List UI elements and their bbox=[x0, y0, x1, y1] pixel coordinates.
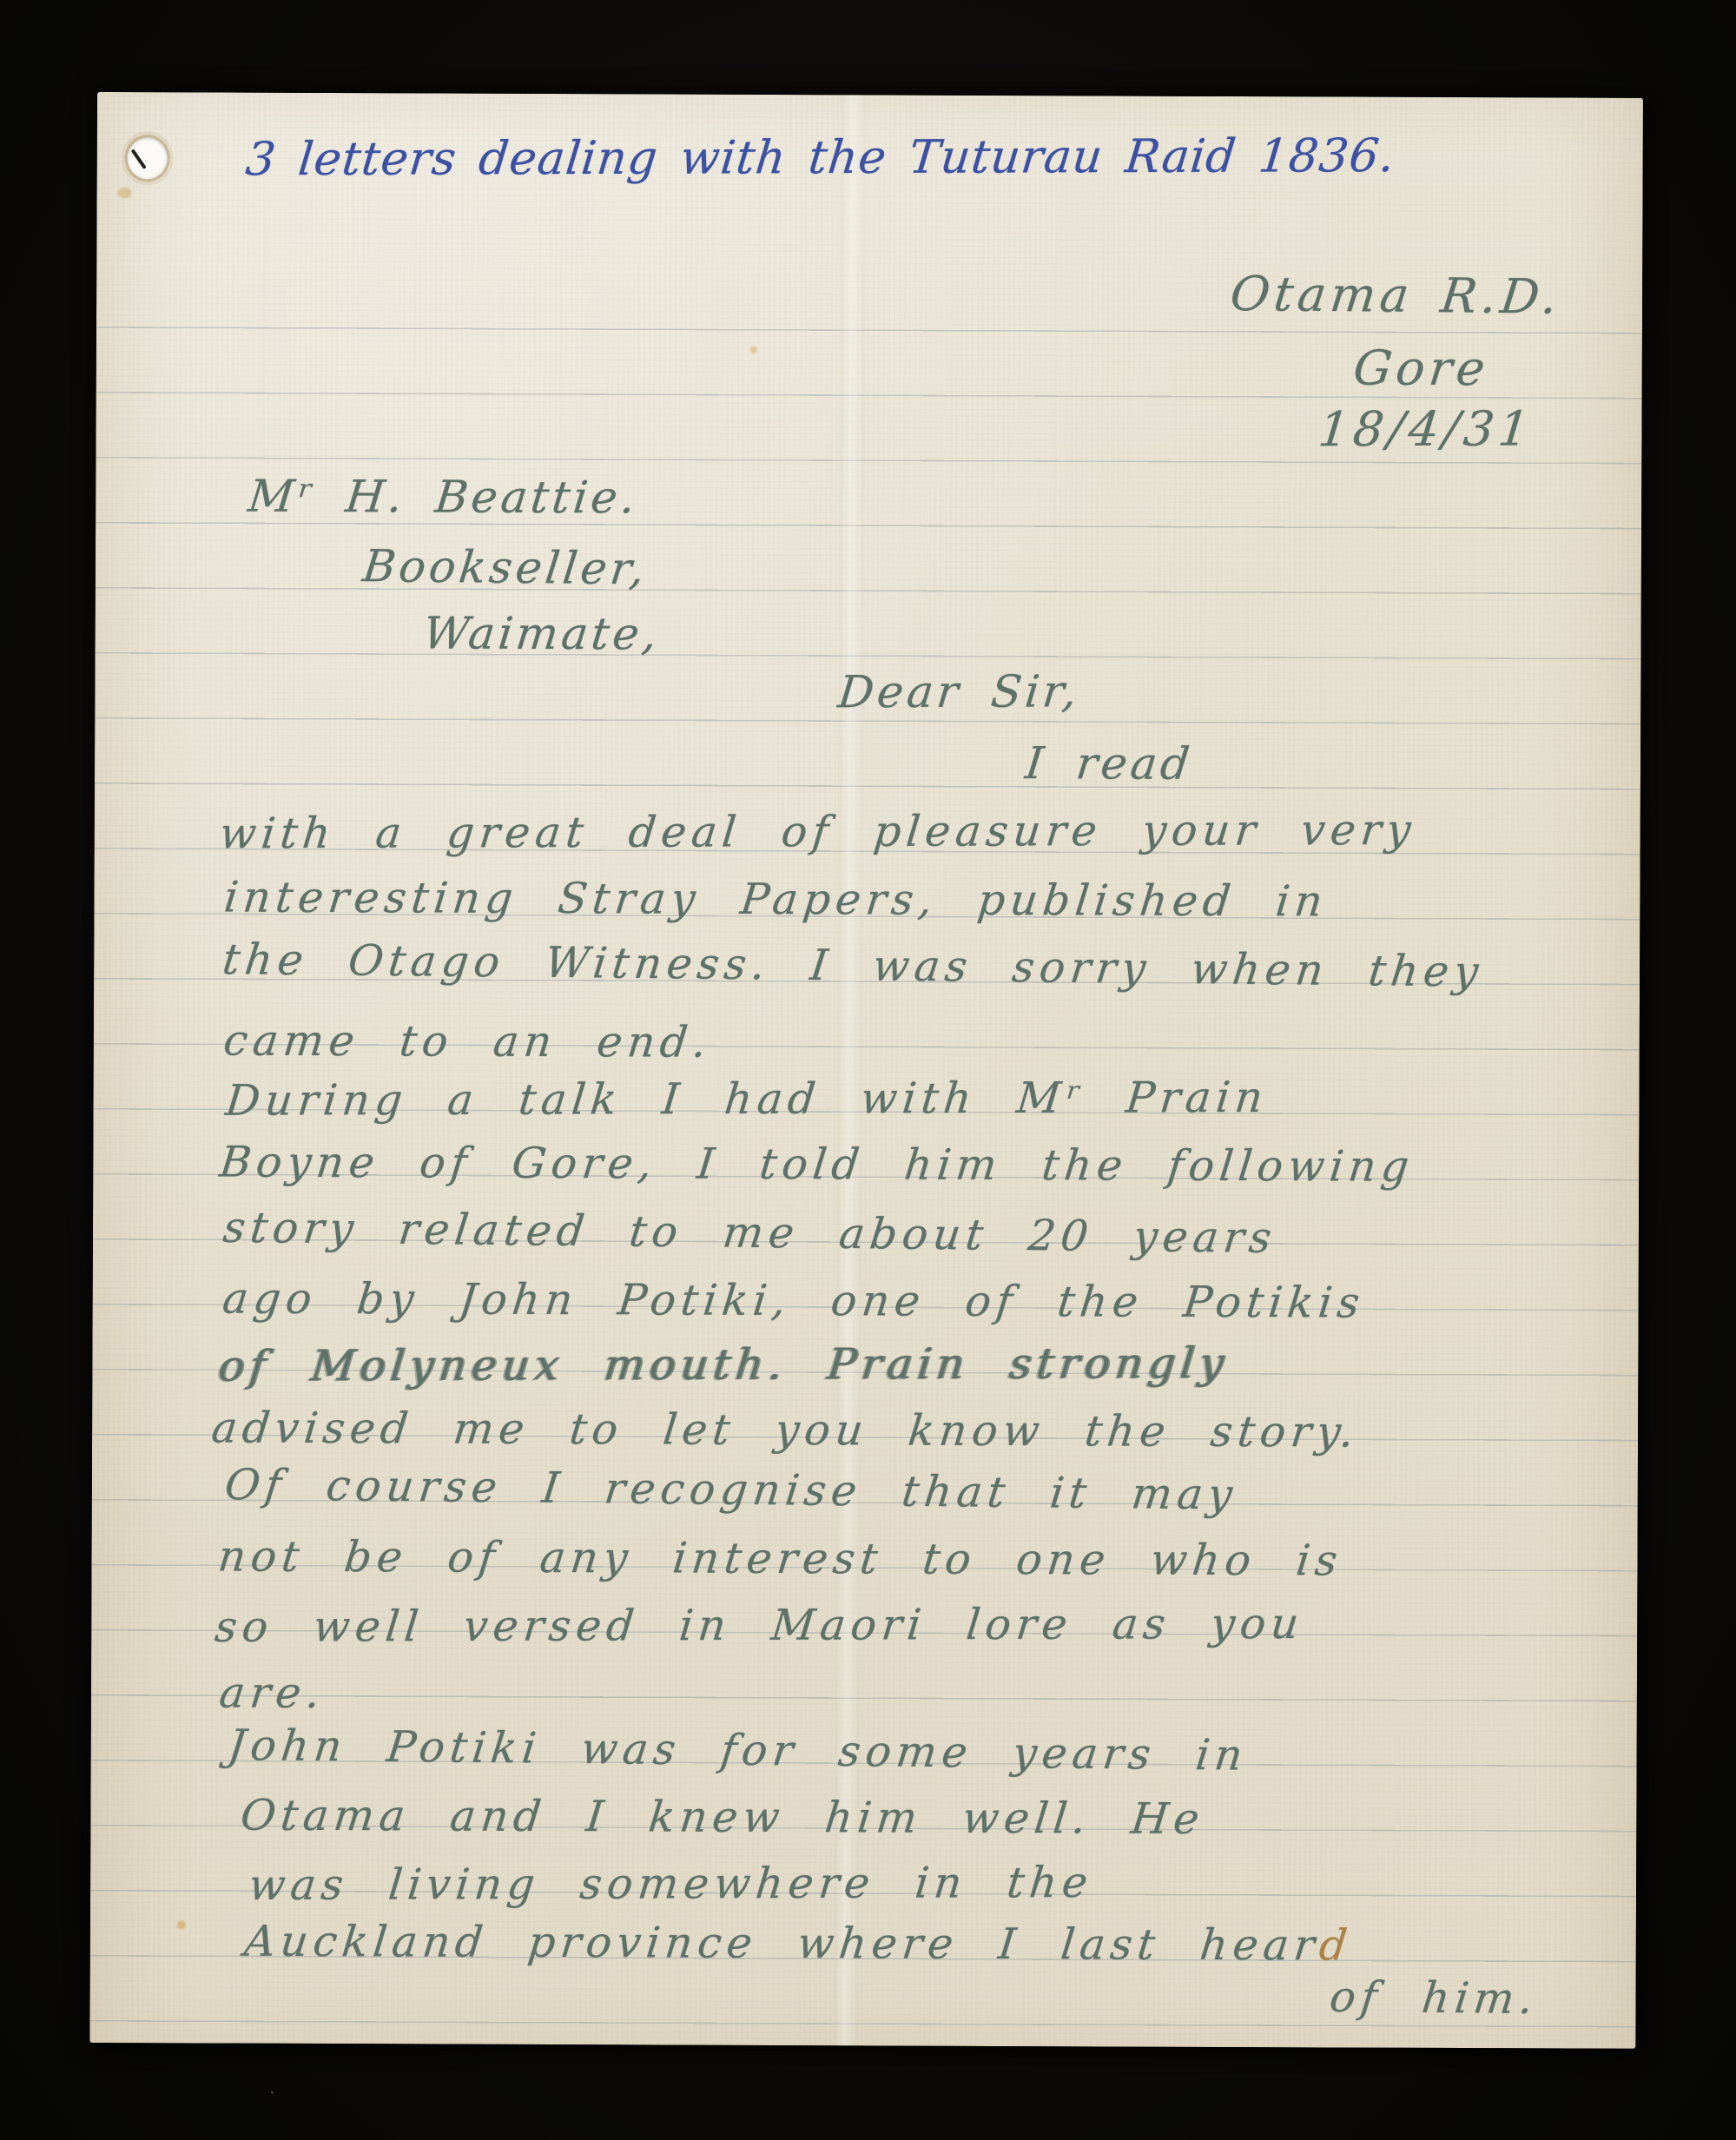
scanner-bed: { "scan": { "background_color": "#0b0a08… bbox=[0, 0, 1736, 2140]
letter-page: 3 letters dealing with the Tuturau Raid … bbox=[89, 92, 1643, 2049]
body-line: are. bbox=[217, 1668, 327, 1718]
body-line: During a talk I had with Mʳ Prain bbox=[223, 1073, 1270, 1126]
recipient-name: Mʳ H. Beattie. bbox=[246, 472, 641, 525]
scan-speck bbox=[271, 2091, 274, 2094]
body-line: was living somewhere in the bbox=[247, 1858, 1095, 1910]
salutation: Dear Sir, bbox=[835, 666, 1083, 718]
pen-mark bbox=[131, 149, 147, 169]
body-line: of him. bbox=[1327, 1972, 1541, 2024]
body-line-overwritten: of Molyneux mouth. Prain strongly bbox=[216, 1338, 1231, 1391]
body-line: so well versed in Maori lore as you bbox=[213, 1599, 1306, 1652]
address-line: Otama R.D. bbox=[1228, 266, 1565, 325]
body-line: Otama and I knew him well. He bbox=[238, 1791, 1206, 1844]
body-line: story related to me about 20 years bbox=[221, 1203, 1279, 1263]
body-line: John Potiki was for some years in bbox=[226, 1721, 1251, 1780]
body-line: not be of any interest to one who is bbox=[215, 1532, 1344, 1586]
body-line: Boyne of Gore, I told him the following bbox=[217, 1138, 1416, 1192]
body-line: came to an end. bbox=[221, 1016, 715, 1067]
body-line: Of course I recognise that it may bbox=[222, 1460, 1240, 1520]
opening-words: I read bbox=[1023, 738, 1195, 790]
body-line: interesting Stray Papers, published in bbox=[221, 873, 1330, 927]
recipient-occupation: Bookseller, bbox=[360, 541, 650, 595]
tan-ink-letter: d bbox=[1317, 1920, 1355, 1970]
body-line: ago by John Potiki, one of the Potikis bbox=[221, 1274, 1368, 1328]
body-line: with a great deal of pleasure your very bbox=[217, 805, 1418, 858]
letter-date: 18/4/31 bbox=[1316, 401, 1536, 458]
body-line: Auckland province where I last heard bbox=[242, 1917, 1355, 1971]
archival-note: 3 letters dealing with the Tuturau Raid … bbox=[243, 129, 1397, 186]
address-line: Gore bbox=[1350, 340, 1492, 397]
body-line-text: Auckland province where I last hear bbox=[242, 1917, 1323, 1971]
stain bbox=[750, 347, 757, 353]
stain bbox=[177, 1920, 186, 1929]
stain bbox=[118, 188, 132, 198]
recipient-town: Waimate, bbox=[420, 608, 663, 660]
punch-hole bbox=[128, 137, 168, 179]
body-line: advised me to let you know the story. bbox=[209, 1404, 1362, 1457]
